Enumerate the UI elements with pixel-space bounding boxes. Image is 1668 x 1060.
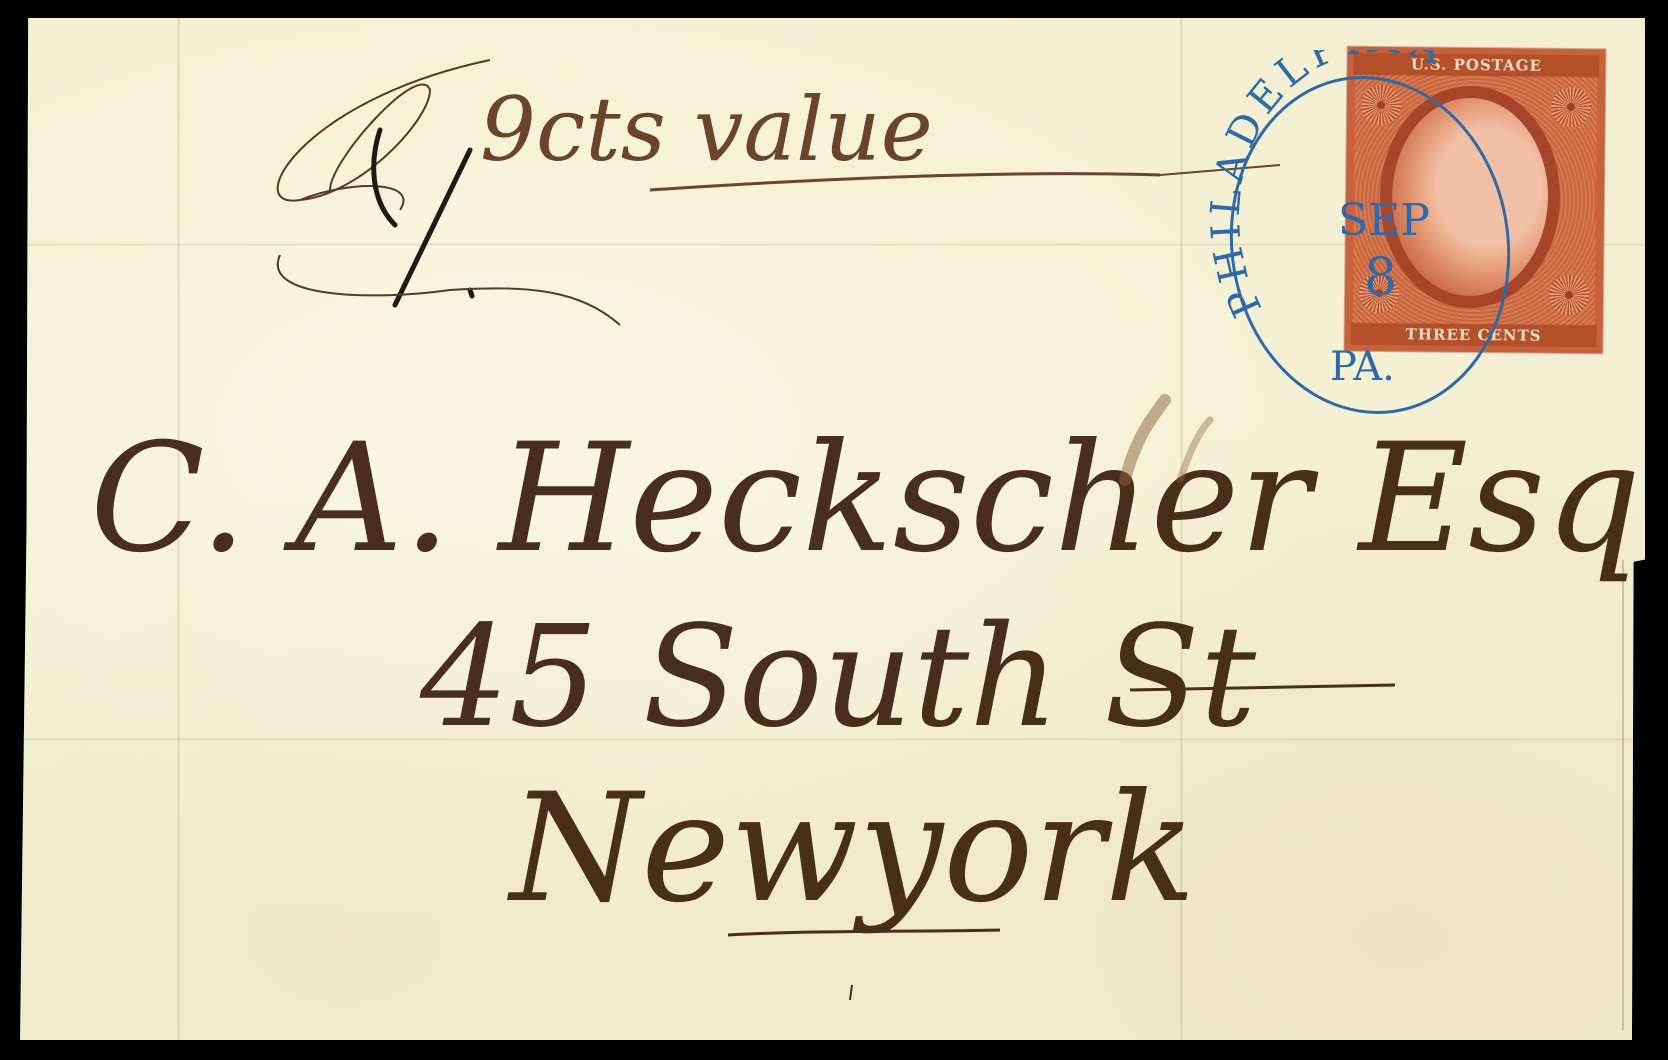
address-line-1: C. A. Heckscher Esq bbox=[90, 412, 1641, 586]
postmark-month: SEP bbox=[1338, 195, 1430, 246]
postmark-state: PA. bbox=[1330, 344, 1395, 390]
postmark: PHILADELPHIA SEP 8 PA. bbox=[1200, 50, 1540, 430]
address-line-2: 45 South St bbox=[419, 596, 1257, 759]
rosette-ornament bbox=[1551, 87, 1591, 127]
postmark-day: 8 bbox=[1364, 248, 1397, 308]
rate-notation-text: 9cts value bbox=[480, 78, 933, 181]
rosette-ornament bbox=[1549, 275, 1589, 315]
address-line-3: Newyork bbox=[507, 762, 1196, 936]
